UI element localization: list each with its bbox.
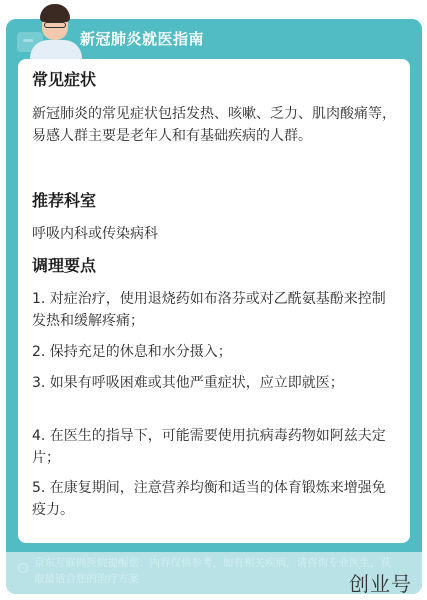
care-item: 5. 在康复期间，注意营养均衡和适当的体育锻炼来增强免疫力。 <box>32 477 398 521</box>
section-body-symptoms: 新冠肺炎的常见症状包括发热、咳嗽、乏力、肌肉酸痛等，易感人群主要是老年人和有基础… <box>32 103 398 147</box>
section-body-department: 呼吸内科或传染病科 <box>32 223 398 245</box>
info-icon <box>18 563 28 573</box>
section-heading-department: 推荐科室 <box>32 188 96 211</box>
doctor-avatar <box>30 2 82 60</box>
section-heading-care: 调理要点 <box>32 253 96 276</box>
disclaimer-text: 京东互联网医院提醒您：内容仅供参考，如有相关疾病，请咨询专业医生，获取最适合您的… <box>34 555 394 587</box>
care-item: 3. 如果有呼吸困难或其他严重症状，应立即就医； <box>32 372 398 394</box>
section-heading-symptoms: 常见症状 <box>32 67 96 90</box>
content-panel: 常见症状 新冠肺炎的常见症状包括发热、咳嗽、乏力、肌肉酸痛等，易感人群主要是老年… <box>18 59 410 543</box>
page-title: 新冠肺炎就医指南 <box>80 28 204 49</box>
avatar-glasses-icon <box>44 22 66 28</box>
care-item: 1. 对症治疗，使用退烧药如布洛芬或对乙酰氨基酚来控制发热和缓解疼痛； <box>32 288 398 332</box>
care-item: 4. 在医生的指导下，可能需要使用抗病毒药物如阿兹夫定片； <box>32 425 398 469</box>
avatar-hair <box>40 4 70 22</box>
watermark: 创业号 <box>349 568 412 597</box>
care-item: 2. 保持充足的休息和水分摄入； <box>32 341 398 363</box>
